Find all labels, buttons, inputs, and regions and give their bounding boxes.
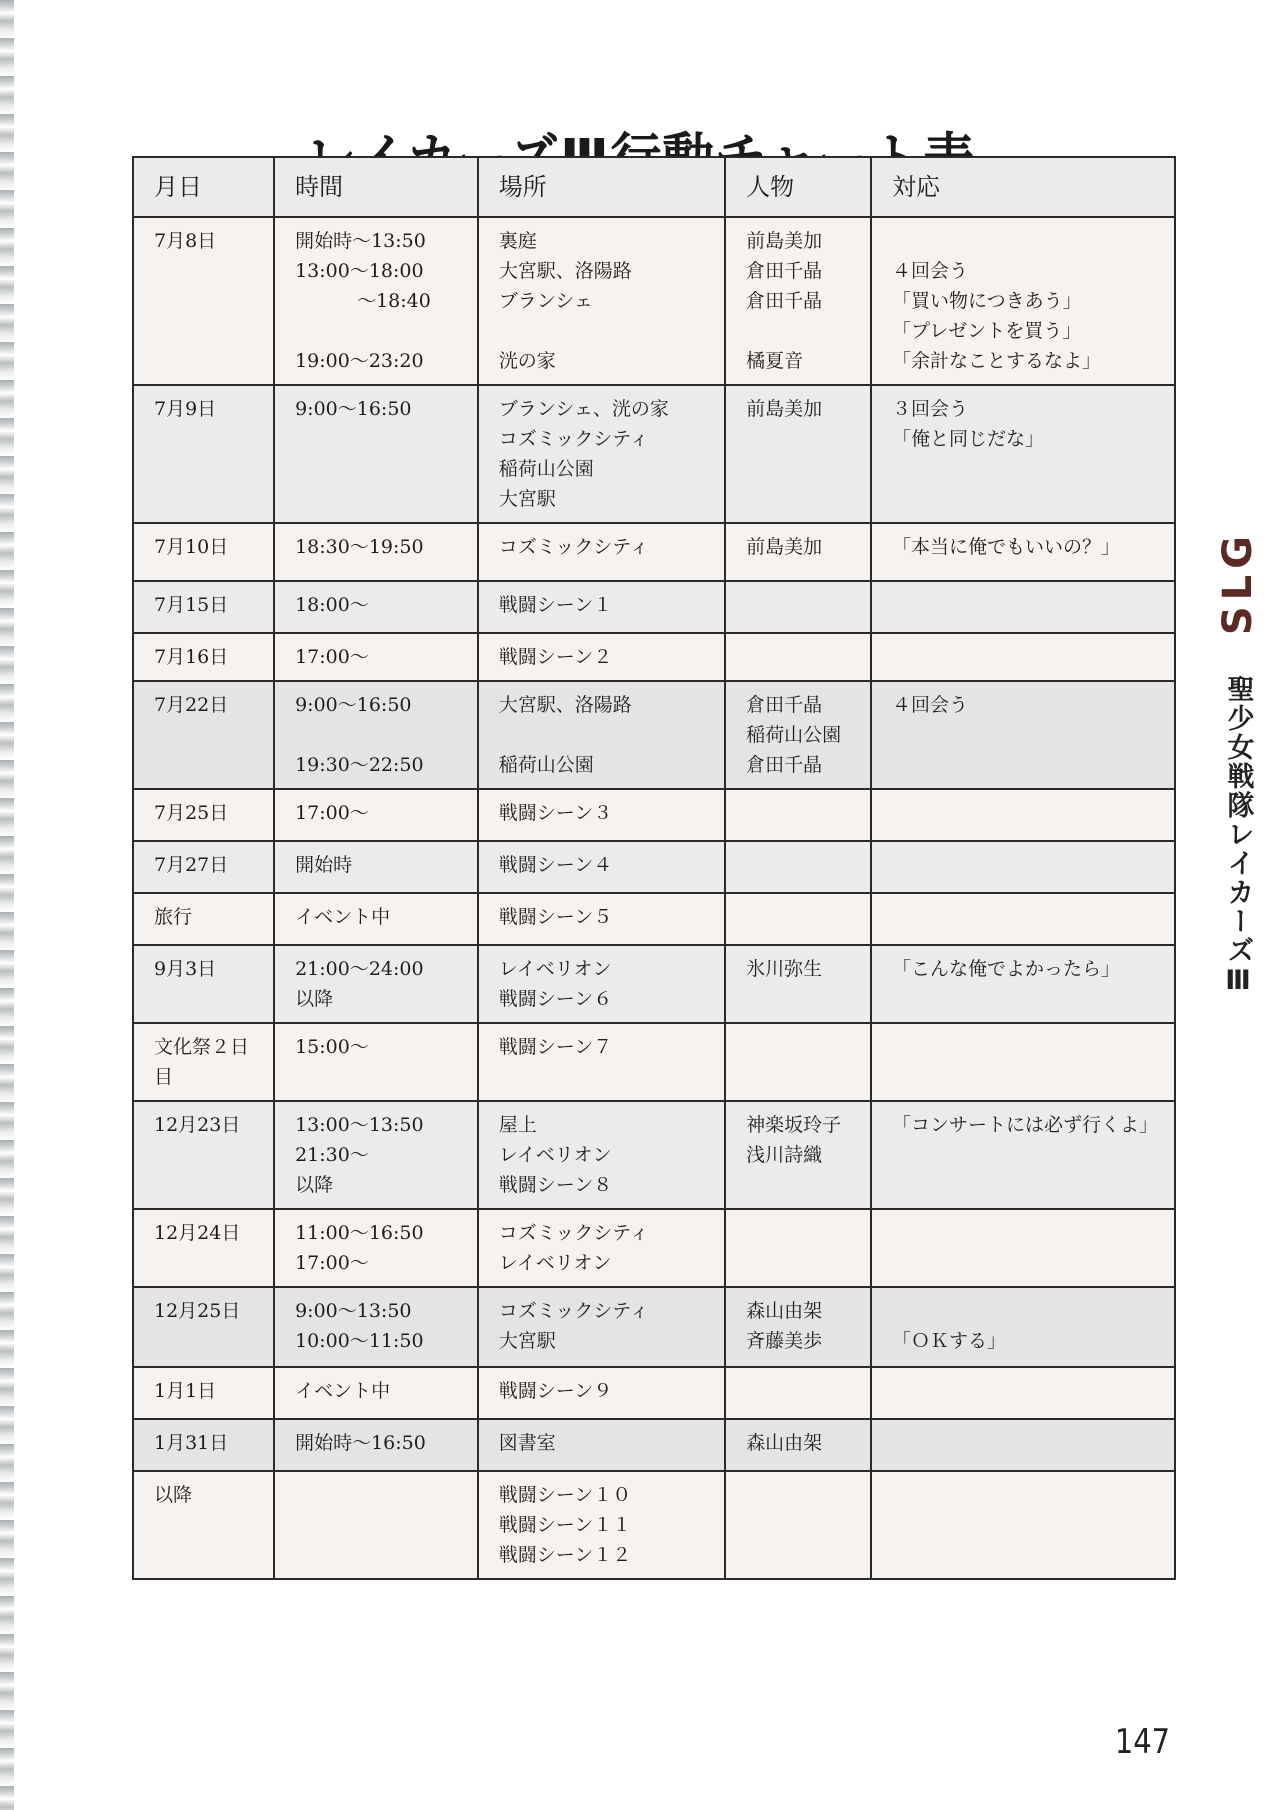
table-row: 12月24日11:00～16:5017:00～コズミックシティレイベリオン <box>133 1209 1175 1287</box>
place-line: 戦闘シーン４ <box>499 850 710 880</box>
genre-label: SLG <box>1216 530 1260 635</box>
place-line: コズミックシティ <box>499 532 710 562</box>
cell-person: 前島美加 <box>725 385 871 523</box>
cell-place: 大宮駅、洛陽路稲荷山公園 <box>478 681 725 789</box>
time-line: 10:00～11:50 <box>295 1326 463 1356</box>
cell-time: 開始時～13:5013:00～18:00～18:4019:00～23:20 <box>274 217 478 385</box>
table-row: 12月25日9:00～13:5010:00～11:50コズミックシティ大宮駅森山… <box>133 1287 1175 1367</box>
cell-time: 18:00～ <box>274 581 478 633</box>
cell-person: 前島美加倉田千晶倉田千晶橘夏音 <box>725 217 871 385</box>
cell-person <box>725 1367 871 1419</box>
place-line: 戦闘シーン７ <box>499 1032 710 1062</box>
place-line: 大宮駅、洛陽路 <box>499 690 710 720</box>
cell-response <box>871 1023 1175 1101</box>
time-line: 開始時～16:50 <box>295 1428 463 1458</box>
person-line: 倉田千晶 <box>746 286 856 316</box>
cell-date: 7月25日 <box>133 789 274 841</box>
place-line: コズミックシティ <box>499 1218 710 1248</box>
place-line: 戦闘シーン３ <box>499 798 710 828</box>
cell-date: 7月16日 <box>133 633 274 681</box>
cell-time: イベント中 <box>274 893 478 945</box>
response-line: 「ＯＫする」 <box>892 1326 1160 1356</box>
cell-time: 開始時～16:50 <box>274 1419 478 1471</box>
cell-response: 「本当に俺でもいいの？」 <box>871 523 1175 581</box>
place-line: 戦闘シーン１ <box>499 590 710 620</box>
time-line: 17:00～ <box>295 642 463 672</box>
time-line <box>295 720 463 750</box>
cell-place: コズミックシティ大宮駅 <box>478 1287 725 1367</box>
cell-place: 戦闘シーン１０戦闘シーン１１戦闘シーン１２ <box>478 1471 725 1579</box>
cell-date: 9月3日 <box>133 945 274 1023</box>
header-place: 場所 <box>478 157 725 217</box>
cell-person: 倉田千晶稲荷山公園倉田千晶 <box>725 681 871 789</box>
cell-time: 17:00～ <box>274 633 478 681</box>
cell-date: 7月8日 <box>133 217 274 385</box>
table-row: 以降戦闘シーン１０戦闘シーン１１戦闘シーン１２ <box>133 1471 1175 1579</box>
cell-person: 森山由架斉藤美歩 <box>725 1287 871 1367</box>
place-line: コズミックシティ <box>499 1296 710 1326</box>
header-person: 人物 <box>725 157 871 217</box>
cell-place: 戦闘シーン１ <box>478 581 725 633</box>
response-line: 「俺と同じだな」 <box>892 424 1160 454</box>
place-line: 戦闘シーン１２ <box>499 1540 710 1570</box>
cell-time: 21:00～24:00以降 <box>274 945 478 1023</box>
table-row: 文化祭２日目15:00～戦闘シーン７ <box>133 1023 1175 1101</box>
place-line: 戦闘シーン２ <box>499 642 710 672</box>
place-line: 大宮駅 <box>499 1326 710 1356</box>
time-line: 18:00～ <box>295 590 463 620</box>
person-line: 浅川詩織 <box>746 1140 856 1170</box>
response-line <box>892 226 1160 256</box>
response-line: 「余計なことするなよ」 <box>892 346 1160 376</box>
place-line: 戦闘シーン１０ <box>499 1480 710 1510</box>
cell-person <box>725 1023 871 1101</box>
place-line: 稲荷山公園 <box>499 454 710 484</box>
response-line: 「プレゼントを買う」 <box>892 316 1160 346</box>
place-line: レイベリオン <box>499 954 710 984</box>
time-line: 21:00～24:00 <box>295 954 463 984</box>
time-line: 13:00～13:50 <box>295 1110 463 1140</box>
response-line: ４回会う <box>892 256 1160 286</box>
place-line: 戦闘シーン８ <box>499 1170 710 1200</box>
cell-person <box>725 581 871 633</box>
cell-date: 12月24日 <box>133 1209 274 1287</box>
cell-response: 「こんな俺でよかったら」 <box>871 945 1175 1023</box>
place-line: 戦闘シーン６ <box>499 984 710 1014</box>
cell-person: 前島美加 <box>725 523 871 581</box>
cell-place: コズミックシティ <box>478 523 725 581</box>
time-line: 15:00～ <box>295 1032 463 1062</box>
time-line: 以降 <box>295 984 463 1014</box>
cell-response <box>871 1367 1175 1419</box>
table-row: 7月15日18:00～戦闘シーン１ <box>133 581 1175 633</box>
cell-place: 戦闘シーン３ <box>478 789 725 841</box>
cell-person: 森山由架 <box>725 1419 871 1471</box>
person-line: 森山由架 <box>746 1296 856 1326</box>
response-line: 「こんな俺でよかったら」 <box>892 954 1160 984</box>
place-line: コズミックシティ <box>499 424 710 454</box>
response-line: 「コンサートには必ず行くよ」 <box>892 1110 1160 1140</box>
cell-date: 文化祭２日目 <box>133 1023 274 1101</box>
cell-date: 7月10日 <box>133 523 274 581</box>
cell-time: 9:00～16:50 <box>274 385 478 523</box>
page-number: 147 <box>1115 1722 1170 1762</box>
cell-date: 12月25日 <box>133 1287 274 1367</box>
cell-response <box>871 1419 1175 1471</box>
place-line: 大宮駅 <box>499 484 710 514</box>
cell-date: 旅行 <box>133 893 274 945</box>
place-line: 戦闘シーン５ <box>499 902 710 932</box>
table-row: 7月8日開始時～13:5013:00～18:00～18:4019:00～23:2… <box>133 217 1175 385</box>
cell-person <box>725 1209 871 1287</box>
time-line: 11:00～16:50 <box>295 1218 463 1248</box>
cell-response <box>871 1471 1175 1579</box>
person-line: 前島美加 <box>746 394 856 424</box>
place-line: 戦闘シーン１１ <box>499 1510 710 1540</box>
table-row: 7月25日17:00～戦闘シーン３ <box>133 789 1175 841</box>
table-row: 7月9日9:00～16:50ブランシェ、洸の家コズミックシティ稲荷山公園大宮駅前… <box>133 385 1175 523</box>
cell-response <box>871 789 1175 841</box>
time-line: 19:00～23:20 <box>295 346 463 376</box>
cell-date: 1月1日 <box>133 1367 274 1419</box>
header-response: 対応 <box>871 157 1175 217</box>
time-line: 21:30～ <box>295 1140 463 1170</box>
cell-response <box>871 1209 1175 1287</box>
place-line: 屋上 <box>499 1110 710 1140</box>
place-line: ブランシェ、洸の家 <box>499 394 710 424</box>
cell-time: 18:30～19:50 <box>274 523 478 581</box>
table-body: 7月8日開始時～13:5013:00～18:00～18:4019:00～23:2… <box>133 217 1175 1579</box>
place-line <box>499 720 710 750</box>
person-line: 橘夏音 <box>746 346 856 376</box>
cell-response: 「ＯＫする」 <box>871 1287 1175 1367</box>
time-line: 9:00～16:50 <box>295 394 463 424</box>
person-line: 稲荷山公園 <box>746 720 856 750</box>
table-header-row: 月日 時間 場所 人物 対応 <box>133 157 1175 217</box>
person-line: 倉田千晶 <box>746 750 856 780</box>
place-line: レイベリオン <box>499 1248 710 1278</box>
table-row: 7月16日17:00～戦闘シーン２ <box>133 633 1175 681</box>
side-index-tab: SLG 聖少女戦隊レイカーズⅢ <box>1210 530 1266 998</box>
person-line: 前島美加 <box>746 532 856 562</box>
response-line: ３回会う <box>892 394 1160 424</box>
cell-place: ブランシェ、洸の家コズミックシティ稲荷山公園大宮駅 <box>478 385 725 523</box>
place-line: 裏庭 <box>499 226 710 256</box>
response-line <box>892 1296 1160 1326</box>
time-line: 19:30～22:50 <box>295 750 463 780</box>
person-line: 森山由架 <box>746 1428 856 1458</box>
place-line: レイベリオン <box>499 1140 710 1170</box>
cell-place: 戦闘シーン７ <box>478 1023 725 1101</box>
person-line: 氷川弥生 <box>746 954 856 984</box>
table-row: 1月1日イベント中戦闘シーン９ <box>133 1367 1175 1419</box>
cell-time: 開始時 <box>274 841 478 893</box>
cell-response: ４回会う <box>871 681 1175 789</box>
cell-person <box>725 893 871 945</box>
response-line: ４回会う <box>892 690 1160 720</box>
cell-place: 裏庭大宮駅、洛陽路ブランシェ洸の家 <box>478 217 725 385</box>
cell-place: 屋上レイベリオン戦闘シーン８ <box>478 1101 725 1209</box>
table-row: 7月10日18:30～19:50コズミックシティ前島美加「本当に俺でもいいの？」 <box>133 523 1175 581</box>
cell-date: 7月22日 <box>133 681 274 789</box>
cell-place: 戦闘シーン４ <box>478 841 725 893</box>
cell-date: 1月31日 <box>133 1419 274 1471</box>
header-date: 月日 <box>133 157 274 217</box>
cell-time: 11:00～16:5017:00～ <box>274 1209 478 1287</box>
person-line: 倉田千晶 <box>746 690 856 720</box>
time-line: イベント中 <box>295 1376 463 1406</box>
place-line: 洸の家 <box>499 346 710 376</box>
time-line: 13:00～18:00 <box>295 256 463 286</box>
cell-place: 図書室 <box>478 1419 725 1471</box>
person-line: 神楽坂玲子 <box>746 1110 856 1140</box>
place-line <box>499 316 710 346</box>
time-line: 17:00～ <box>295 1248 463 1278</box>
cell-date: 7月27日 <box>133 841 274 893</box>
response-line: 「買い物につきあう」 <box>892 286 1160 316</box>
cell-place: 戦闘シーン５ <box>478 893 725 945</box>
person-line: 斉藤美歩 <box>746 1326 856 1356</box>
cell-response <box>871 633 1175 681</box>
time-line: 17:00～ <box>295 798 463 828</box>
time-line: ～18:40 <box>295 286 463 316</box>
scanned-page-torn-edge <box>0 0 14 1810</box>
place-line: 戦闘シーン９ <box>499 1376 710 1406</box>
cell-person <box>725 633 871 681</box>
time-line: 開始時 <box>295 850 463 880</box>
cell-response <box>871 893 1175 945</box>
time-line: 9:00～13:50 <box>295 1296 463 1326</box>
cell-date: 12月23日 <box>133 1101 274 1209</box>
person-line <box>746 316 856 346</box>
table-row: 9月3日21:00～24:00以降レイベリオン戦闘シーン６氷川弥生「こんな俺でよ… <box>133 945 1175 1023</box>
place-line: ブランシェ <box>499 286 710 316</box>
time-line: 9:00～16:50 <box>295 690 463 720</box>
cell-response: ３回会う「俺と同じだな」 <box>871 385 1175 523</box>
response-line: 「本当に俺でもいいの？」 <box>892 532 1160 562</box>
table-row: 旅行イベント中戦闘シーン５ <box>133 893 1175 945</box>
game-title-label: 聖少女戦隊レイカーズⅢ <box>1219 675 1258 998</box>
time-line: イベント中 <box>295 902 463 932</box>
cell-person: 氷川弥生 <box>725 945 871 1023</box>
table-row: 12月23日13:00～13:5021:30～以降屋上レイベリオン戦闘シーン８神… <box>133 1101 1175 1209</box>
place-line: 図書室 <box>499 1428 710 1458</box>
table-row: 1月31日開始時～16:50図書室森山由架 <box>133 1419 1175 1471</box>
time-line <box>295 316 463 346</box>
place-line: 稲荷山公園 <box>499 750 710 780</box>
cell-date: 7月15日 <box>133 581 274 633</box>
action-chart-table: 月日 時間 場所 人物 対応 7月8日開始時～13:5013:00～18:00～… <box>132 156 1176 1580</box>
cell-place: 戦闘シーン９ <box>478 1367 725 1419</box>
cell-response <box>871 581 1175 633</box>
table-row: 7月22日9:00～16:5019:30～22:50大宮駅、洛陽路稲荷山公園倉田… <box>133 681 1175 789</box>
cell-time: 9:00～16:5019:30～22:50 <box>274 681 478 789</box>
cell-person <box>725 841 871 893</box>
cell-person <box>725 789 871 841</box>
cell-response: 「コンサートには必ず行くよ」 <box>871 1101 1175 1209</box>
header-time: 時間 <box>274 157 478 217</box>
place-line: 大宮駅、洛陽路 <box>499 256 710 286</box>
cell-time: 9:00～13:5010:00～11:50 <box>274 1287 478 1367</box>
time-line: 以降 <box>295 1170 463 1200</box>
cell-date: 以降 <box>133 1471 274 1579</box>
person-line: 倉田千晶 <box>746 256 856 286</box>
cell-time: 13:00～13:5021:30～以降 <box>274 1101 478 1209</box>
cell-person <box>725 1471 871 1579</box>
cell-place: 戦闘シーン２ <box>478 633 725 681</box>
cell-time: イベント中 <box>274 1367 478 1419</box>
cell-date: 7月9日 <box>133 385 274 523</box>
cell-place: レイベリオン戦闘シーン６ <box>478 945 725 1023</box>
time-line: 開始時～13:50 <box>295 226 463 256</box>
cell-response: ４回会う「買い物につきあう」「プレゼントを買う」「余計なことするなよ」 <box>871 217 1175 385</box>
cell-time: 15:00～ <box>274 1023 478 1101</box>
person-line: 前島美加 <box>746 226 856 256</box>
cell-time: 17:00～ <box>274 789 478 841</box>
time-line: 18:30～19:50 <box>295 532 463 562</box>
cell-person: 神楽坂玲子浅川詩織 <box>725 1101 871 1209</box>
cell-response <box>871 841 1175 893</box>
table-row: 7月27日開始時戦闘シーン４ <box>133 841 1175 893</box>
cell-time <box>274 1471 478 1579</box>
cell-place: コズミックシティレイベリオン <box>478 1209 725 1287</box>
